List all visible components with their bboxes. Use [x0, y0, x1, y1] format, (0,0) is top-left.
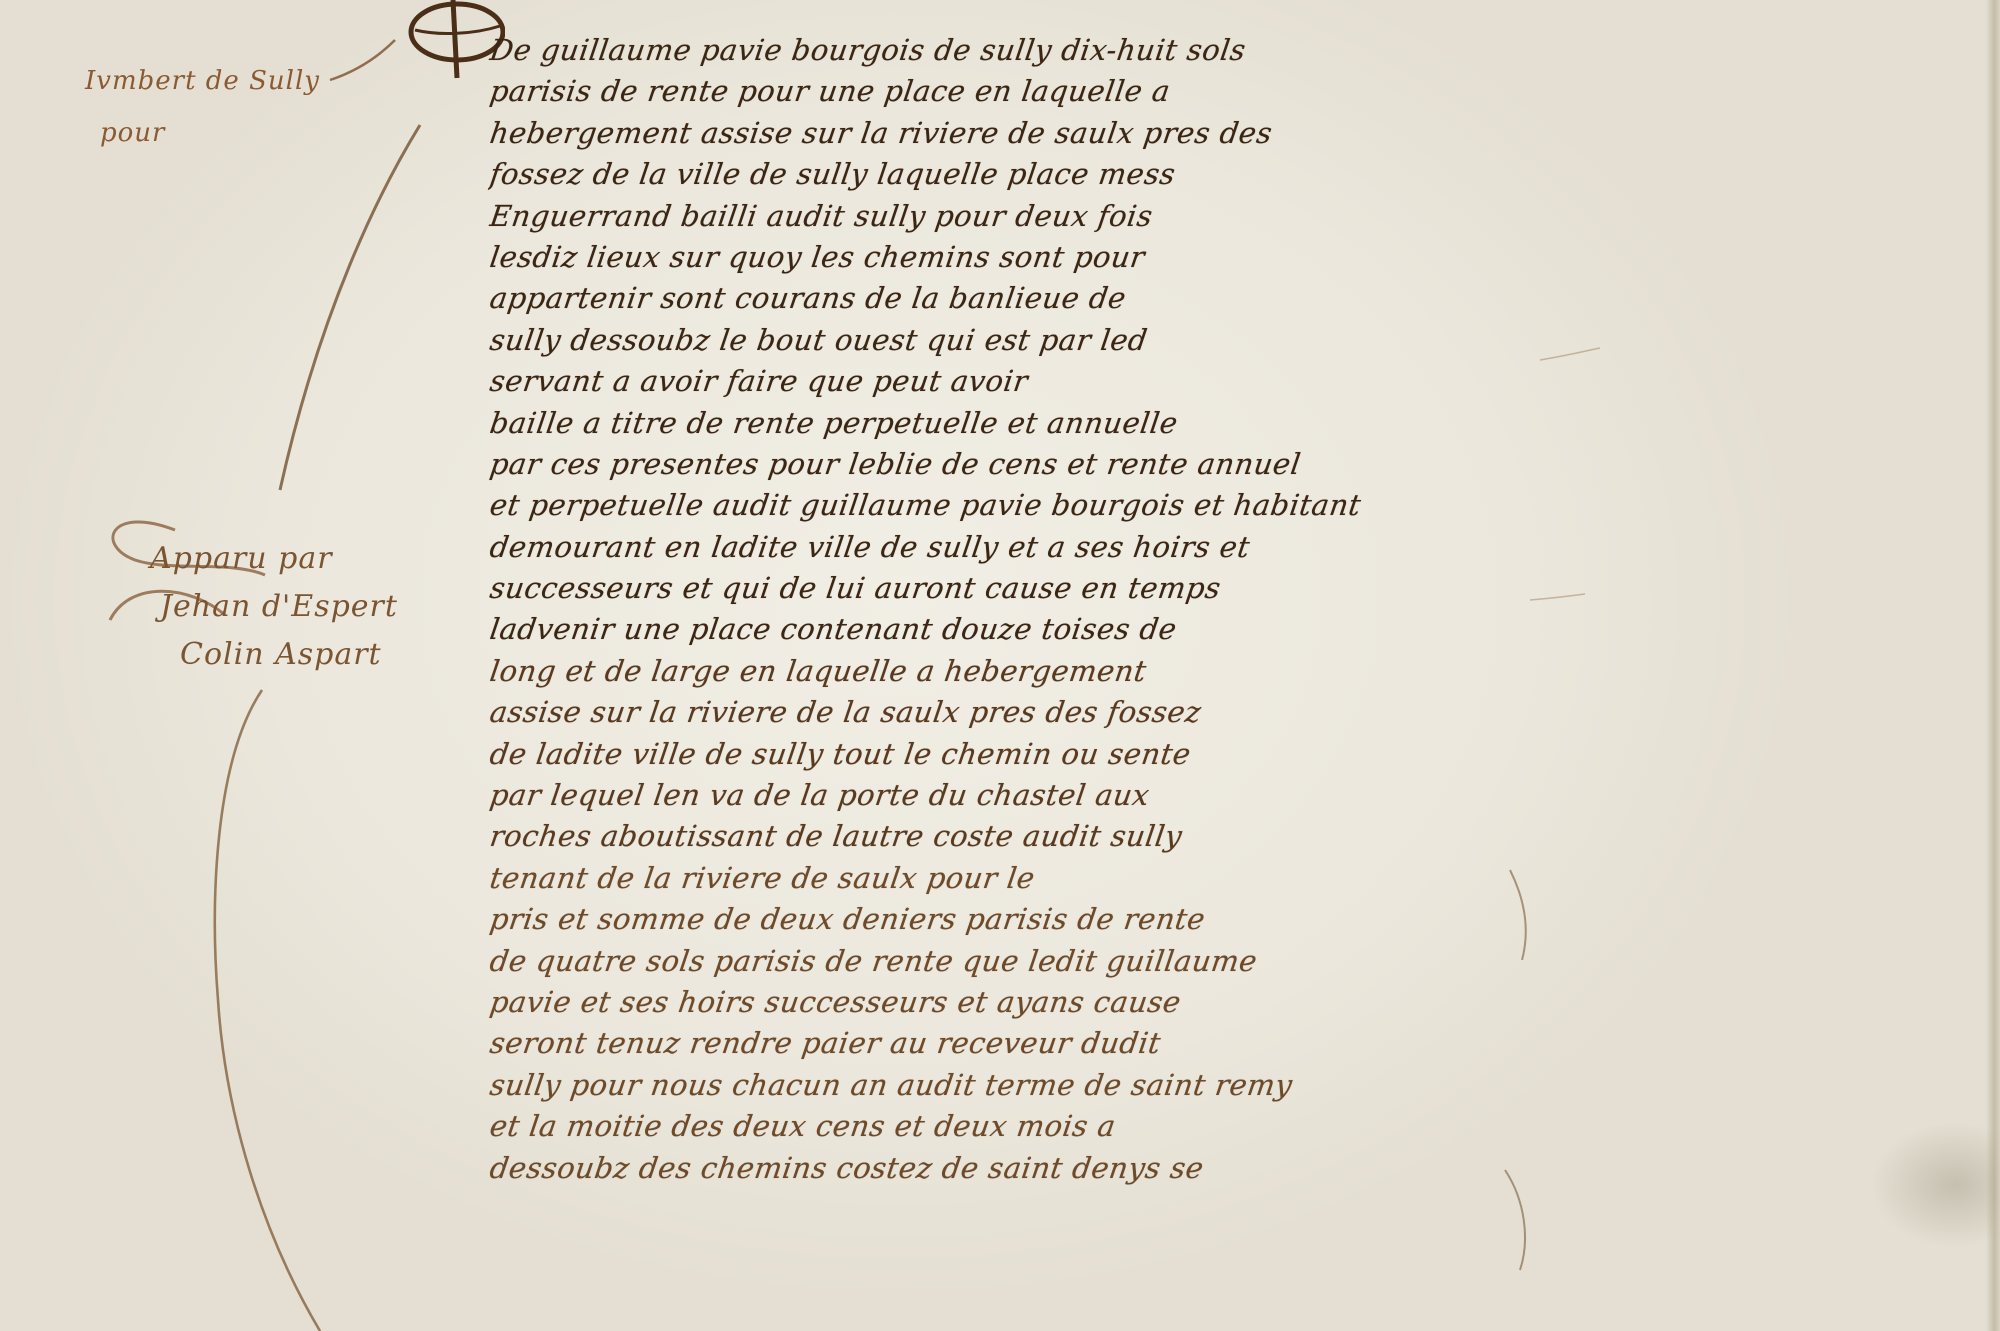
margin-note-approval: Apparu par Jehan d'Espert Colin Aspart: [150, 535, 398, 679]
text-line: roches aboutissant de lautre coste audit…: [487, 816, 1553, 857]
text-line: et la moitie des deux cens et deux mois …: [487, 1106, 1553, 1147]
text-line: pris et somme de deux deniers parisis de…: [487, 899, 1553, 940]
text-line: hebergement assise sur la riviere de sau…: [487, 113, 1553, 154]
text-line: tenant de la riviere de saulx pour le: [487, 858, 1553, 899]
text-line: appartenir sont courans de la banlieue d…: [487, 278, 1553, 319]
margin-note-top-line1: Ivmbert de Sully: [85, 66, 320, 96]
text-line: long et de large en laquelle a hebergeme…: [487, 651, 1553, 692]
text-line: pavie et ses hoirs successeurs et ayans …: [487, 982, 1553, 1023]
text-line: sully pour nous chacun an audit terme de…: [487, 1065, 1553, 1106]
page-right-edge: [1986, 0, 2000, 1331]
margin-note-approval-line3: Colin Aspart: [180, 631, 398, 679]
text-line: demourant en ladite ville de sully et a …: [487, 527, 1553, 568]
text-line: baille a titre de rente perpetuelle et a…: [487, 403, 1553, 444]
text-line: assise sur la riviere de la saulx pres d…: [487, 692, 1553, 733]
text-line: De guillaume pavie bourgois de sully dix…: [487, 30, 1553, 71]
text-line: Enguerrand bailli audit sully pour deux …: [487, 196, 1553, 237]
text-line: dessoubz des chemins costez de saint den…: [487, 1148, 1553, 1189]
manuscript-page: Ivmbert de Sully pour Apparu par Jehan d…: [0, 0, 2000, 1331]
text-line: fossez de la ville de sully laquelle pla…: [487, 154, 1553, 195]
text-line: sully dessoubz le bout ouest qui est par…: [487, 320, 1553, 361]
text-line: seront tenuz rendre paier au receveur du…: [487, 1023, 1553, 1064]
text-line: et perpetuelle audit guillaume pavie bou…: [487, 485, 1553, 526]
text-line: de quatre sols parisis de rente que ledi…: [487, 941, 1553, 982]
manuscript-text-block: De guillaume pavie bourgois de sully dix…: [490, 30, 1550, 1189]
margin-note-approval-line1: Apparu par: [150, 535, 398, 583]
text-line: parisis de rente pour une place en laque…: [487, 71, 1553, 112]
text-line: de ladite ville de sully tout le chemin …: [487, 734, 1553, 775]
text-line: par ces presentes pour leblie de cens et…: [487, 444, 1553, 485]
margin-note-top: Ivmbert de Sully pour: [85, 55, 320, 159]
text-line: servant a avoir faire que peut avoir: [487, 361, 1553, 402]
margin-note-top-line2: pour: [100, 118, 165, 148]
text-line: lesdiz lieux sur quoy les chemins sont p…: [487, 237, 1553, 278]
text-line: successeurs et qui de lui auront cause e…: [487, 568, 1553, 609]
text-line: ladvenir une place contenant douze toise…: [487, 609, 1553, 650]
text-line: par lequel len va de la porte du chastel…: [487, 775, 1553, 816]
margin-note-approval-line2: Jehan d'Espert: [160, 583, 398, 631]
